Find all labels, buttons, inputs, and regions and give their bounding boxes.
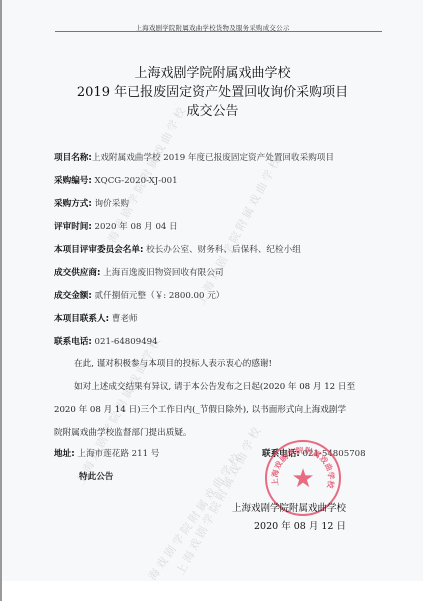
objection-paragraph-line-3: 院附属戏曲学校监督部门提出质疑。 [54,426,192,438]
field-value: XQCG-2020-XJ-001 [92,176,178,186]
field-label: 本项目评审委员会名单: [54,245,143,255]
field-label: 采购方式: [54,199,92,209]
field-label: 本项目联系人: [54,314,109,324]
star-icon: ★ [291,466,314,492]
header-divider [55,31,382,32]
field-value: 校长办公室、财务科、后保科、纪检小组 [143,245,300,255]
field-review-date: 评审时间: 2020 年 08 月 04 日 [54,220,178,232]
field-procurement-number: 采购编号: XQCG-2020-XJ-001 [54,174,178,186]
field-label: 成交金额: [54,291,92,301]
title-announcement: 成交公告 [2,100,423,119]
field-value: 询价采购 [92,199,129,209]
field-label: 成交供应商: [54,268,100,278]
field-label: 采购编号: [54,176,92,186]
title-project: 2019 年已报废固定资产处置回收询价采购项目 [2,81,423,100]
field-value: 上戏附属戏曲学校 2019 年度已报废固定资产处置回收采购项目 [92,153,334,163]
field-value: 上海百逸废旧物资回收有限公司 [100,268,223,278]
field-value: 贰仟捌佰元整（￥: 2800.00 元） [92,291,225,301]
page-bottom-margin [0,581,423,601]
field-contact-person: 本项目联系人: 曹老师 [54,312,138,324]
document-page: 上海戏剧学院附属戏曲学校 上海戏剧学院附属戏曲学校 上海戏剧学院附属戏曲学校 上… [0,0,423,581]
field-project-name: 项目名称:上戏附属戏曲学校 2019 年度已报废固定资产处置回收采购项目 [54,151,334,163]
objection-paragraph-line-1: 如对上述成交结果有异议, 请于本公告发布之日起(2020 年 08 月 12 日… [74,380,355,392]
signature-organization: 上海戏剧学院附属戏曲学校 [232,500,346,514]
address-value: 上海市莲花路 211 号 [75,449,160,459]
address-label: 地址: [54,449,75,459]
field-procurement-method: 采购方式: 询价采购 [54,197,129,209]
field-value: 曹老师 [109,314,138,324]
field-contact-phone: 联系电话: 021-64809494 [54,335,158,347]
field-value: 021-64809494 [92,337,158,347]
title-organization: 上海戏剧学院附属戏曲学校 [2,62,423,81]
field-review-committee: 本项目评审委员会名单: 校长办公室、财务科、后保科、纪检小组 [54,243,301,255]
field-label: 联系电话: [54,337,92,347]
closing-text: 特此公告 [79,470,113,482]
address-line: 地址: 上海市莲花路 211 号 [54,447,159,459]
field-label: 项目名称: [54,153,92,163]
thanks-paragraph: 在此, 谨对积极参与本项目的投标人表示衷心的感谢! [74,357,272,369]
objection-paragraph-line-2: 2020 年 08 月 14 日)三个工作日内(_节假日除外), 以书面形式向上… [54,403,346,415]
watermark: 上海戏剧学院附属戏曲学校 [136,448,245,581]
field-amount: 成交金额: 贰仟捌佰元整（￥: 2800.00 元） [54,289,224,301]
field-label: 评审时间: [54,222,92,232]
signature-date: 2020 年 08 月 12 日 [254,518,346,532]
watermark: 上海戏剧学院附属戏曲学校 [192,152,285,308]
field-value: 2020 年 08 月 04 日 [92,222,178,232]
field-supplier: 成交供应商: 上海百逸废旧物资回收有限公司 [54,266,223,278]
